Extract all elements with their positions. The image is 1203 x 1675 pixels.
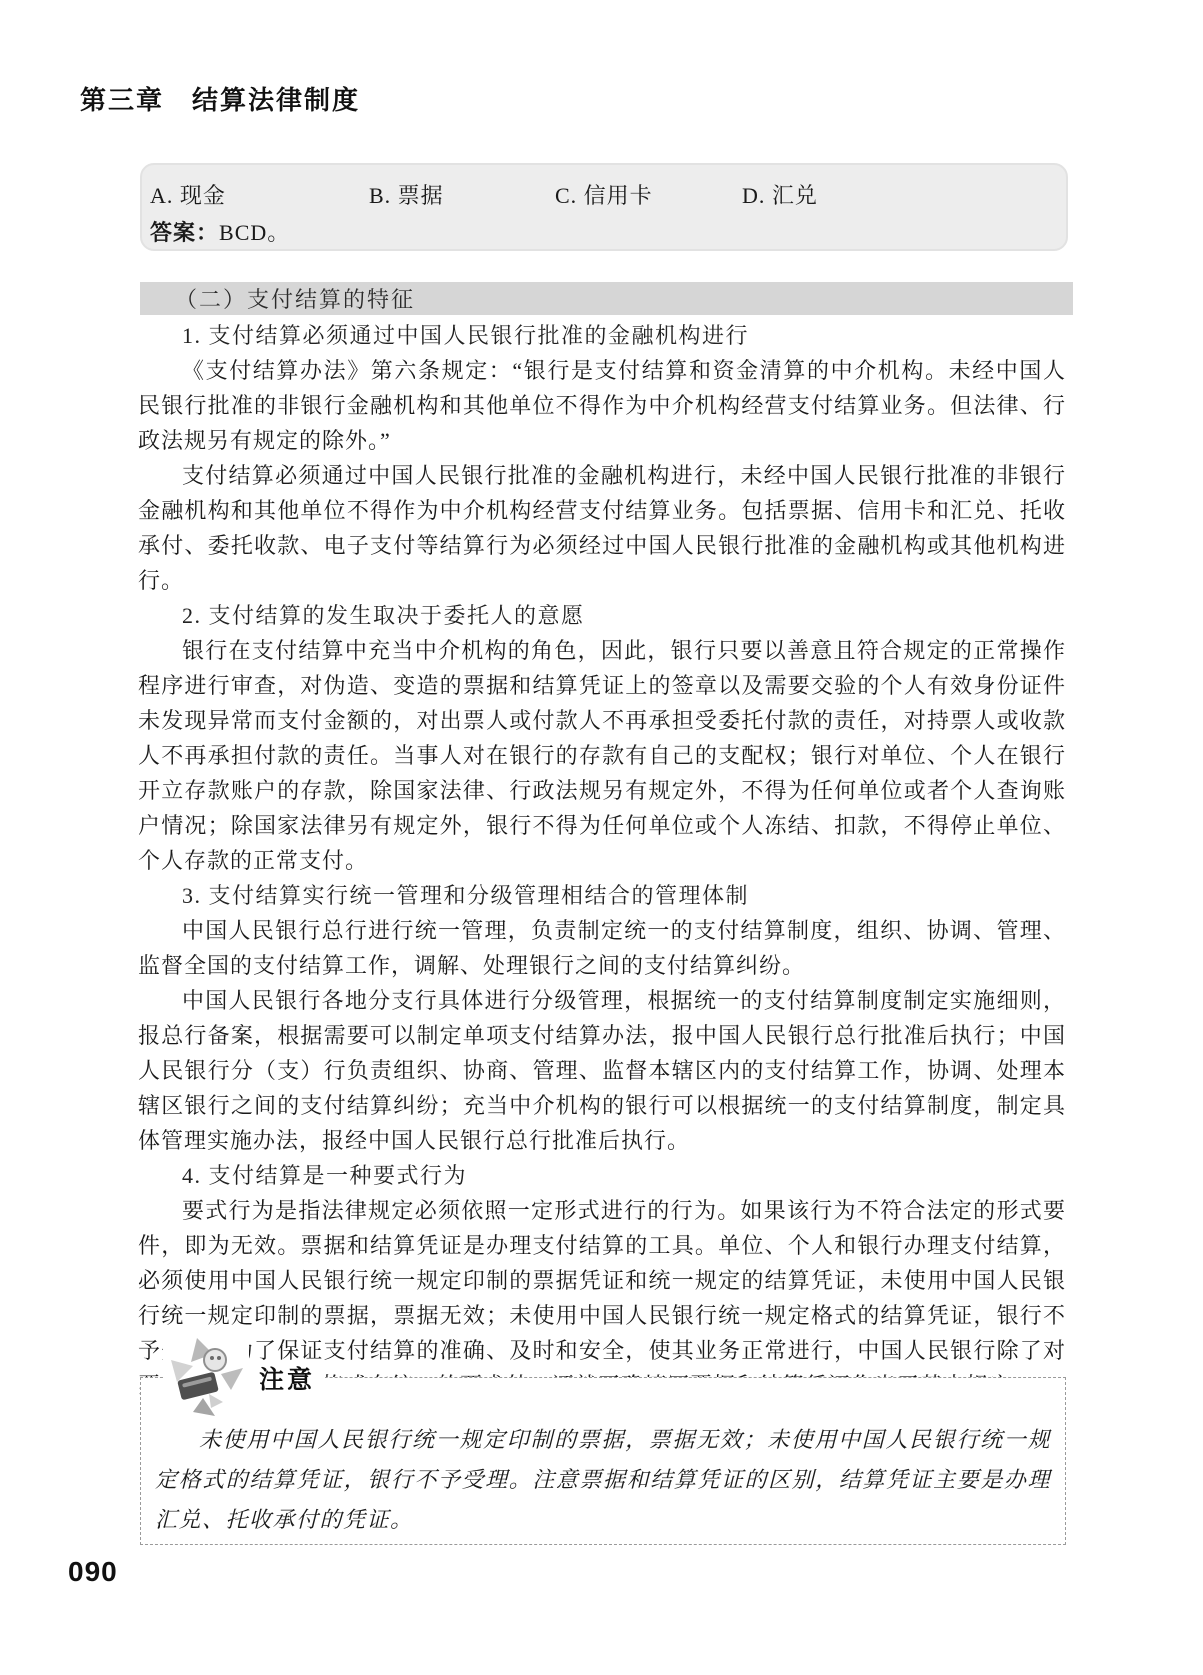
note-text: 未使用中国人民银行统一规定印制的票据，票据无效；未使用中国人民银行统一规定格式的…: [141, 1378, 1065, 1540]
paragraph: 银行在支付结算中充当中介机构的角色，因此，银行只要以善意且符合规定的正常操作程序…: [138, 633, 1066, 878]
option-d: D. 汇兑: [742, 179, 818, 210]
answer-value: BCD。: [219, 216, 290, 247]
numbered-heading-2: 2. 支付结算的发生取决于委托人的意愿: [138, 598, 1066, 633]
numbered-heading-3: 3. 支付结算实行统一管理和分级管理相结合的管理体制: [138, 878, 1066, 913]
answer-box: A. 现金 B. 票据 C. 信用卡 D. 汇兑 答案： BCD。: [140, 163, 1068, 251]
paragraph: 中国人民银行各地分支行具体进行分级管理，根据统一的支付结算制度制定实施细则，报总…: [138, 983, 1066, 1158]
answer-row: 答案： BCD。: [142, 210, 1066, 247]
numbered-heading-4: 4. 支付结算是一种要式行为: [138, 1158, 1066, 1193]
answer-label: 答案：: [150, 216, 219, 247]
body-text-column: 1. 支付结算必须通过中国人民银行批准的金融机构进行 《支付结算办法》第六条规定…: [138, 318, 1066, 1403]
options-row: A. 现金 B. 票据 C. 信用卡 D. 汇兑: [142, 165, 1066, 210]
paragraph: 支付结算必须通过中国人民银行批准的金融机构进行，未经中国人民银行批准的非银行金融…: [138, 458, 1066, 598]
option-b: B. 票据: [369, 179, 555, 210]
textbook-page: 第三章 结算法律制度 A. 现金 B. 票据 C. 信用卡 D. 汇兑 答案： …: [0, 0, 1203, 1675]
fairy-book-icon: [163, 1336, 249, 1420]
page-number: 090: [68, 1556, 118, 1588]
paragraph: 《支付结算办法》第六条规定：“银行是支付结算和资金清算的中介机构。未经中国人民银…: [138, 353, 1066, 458]
paragraph: 中国人民银行总行进行统一管理，负责制定统一的支付结算制度，组织、协调、管理、监督…: [138, 913, 1066, 983]
section-heading-bar: （二）支付结算的特征: [140, 282, 1073, 315]
option-a: A. 现金: [150, 179, 369, 210]
chapter-header: 第三章 结算法律制度: [80, 80, 360, 117]
section-title: （二）支付结算的特征: [140, 283, 415, 314]
numbered-heading-1: 1. 支付结算必须通过中国人民银行批准的金融机构进行: [138, 318, 1066, 353]
option-c: C. 信用卡: [555, 179, 742, 210]
note-box: 注意 未使用中国人民银行统一规定印制的票据，票据无效；未使用中国人民银行统一规定…: [140, 1377, 1066, 1545]
note-title: 注意: [249, 1360, 325, 1396]
